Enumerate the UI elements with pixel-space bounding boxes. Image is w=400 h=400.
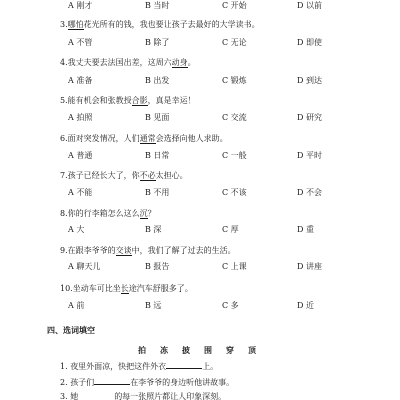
answer-blank[interactable]	[94, 376, 130, 385]
exam-page: A 刚才 B 当时 C 开始 D 以前 3.哪怕花光所有的钱，我也要让孩子去最好…	[0, 0, 400, 400]
option-d: D 研究	[297, 113, 322, 123]
option-b: B 深	[145, 225, 161, 235]
q8-options: A 大 B 深 C 厚 D 重	[68, 225, 388, 235]
item-pre: 夜里外面凉，快把这件外衣	[70, 362, 166, 371]
item-pre: 她	[70, 392, 78, 400]
option-c: C 开始	[222, 1, 247, 11]
option-c: C 厚	[222, 225, 239, 235]
underlined-word: 长	[121, 284, 129, 294]
option-d: D 重	[297, 225, 314, 235]
option-a: A 普通	[68, 151, 92, 161]
option-c: C 无论	[222, 38, 247, 48]
answer-blank[interactable]	[78, 391, 114, 399]
question-pre: 孩子已经长大了，你	[68, 171, 140, 180]
q2-options: A 刚才 B 当时 C 开始 D 以前	[68, 1, 388, 11]
option-c: C 一般	[222, 151, 247, 161]
question-number: 9.	[60, 246, 68, 255]
word-bank-item: 顶	[248, 345, 270, 356]
option-a: A 准备	[68, 76, 92, 86]
question-pre: 你的行李箱怎么这么	[68, 209, 140, 218]
underlined-word: 合影	[132, 96, 148, 106]
question-post: ？	[148, 209, 156, 218]
question-number: 10.	[60, 284, 73, 293]
option-b: B 日常	[145, 151, 169, 161]
item-number: 1.	[60, 362, 68, 371]
option-a: A 前	[68, 301, 84, 311]
question-7: 7.孩子已经长大了，你不必太担心。	[60, 171, 188, 181]
question-post: 。	[188, 58, 196, 67]
option-d: D 不会	[297, 188, 322, 198]
option-b: B 不用	[145, 188, 169, 198]
option-b: B 出发	[145, 76, 169, 86]
q9-options: A 聊天儿 B 报告 C 上课 D 讲座	[68, 262, 388, 272]
word-bank-item: 冻	[160, 345, 182, 356]
word-bank: 拍冻披围穿顶	[138, 345, 270, 356]
q5-options: A 拍照 B 见面 C 交流 D 研究	[68, 113, 388, 123]
question-post: 太担心。	[156, 171, 188, 180]
question-post: ，真是幸运！	[148, 96, 196, 105]
option-d: D 平时	[297, 151, 322, 161]
option-b: B 当时	[145, 1, 169, 11]
question-9: 9.在跟李爷爷的交谈中，我们了解了过去的生活。	[60, 246, 236, 256]
option-c: C 锻炼	[222, 76, 247, 86]
option-a: A 拍照	[68, 113, 92, 123]
question-pre: 面对突发情况，人们	[68, 134, 140, 143]
word-bank-item: 围	[204, 345, 226, 356]
question-post: 花光所有的钱，我也要让孩子去最好的大学读书。	[84, 20, 260, 29]
option-b: B 见面	[145, 113, 169, 123]
fill-item-1: 1. 夜里外面凉，快把这件外衣上。	[60, 360, 218, 372]
question-10: 10.坐动车可比坐长途汽车舒服多了。	[60, 284, 193, 294]
question-number: 8.	[60, 209, 68, 218]
question-post: 中，我们了解了过去的生活。	[132, 246, 236, 255]
option-d: D 近	[297, 301, 314, 311]
section-title: 四、选词填空	[47, 325, 95, 336]
option-c: C 多	[222, 301, 239, 311]
question-8: 8.你的行李箱怎么这么沉？	[60, 209, 156, 219]
question-6: 6.面对突发情况，人们通常会选择向他人求助。	[60, 134, 228, 144]
item-post: 的每一张照片都让人印象深刻。	[114, 392, 226, 400]
option-b: B 除了	[145, 38, 169, 48]
question-number: 5.	[60, 96, 68, 105]
q7-options: A 不能 B 不用 C 不该 D 不会	[68, 188, 388, 198]
option-a: A 不管	[68, 38, 92, 48]
question-post: 途汽车舒服多了。	[129, 284, 193, 293]
option-a: A 刚才	[68, 1, 92, 11]
option-a: A 聊天儿	[68, 262, 100, 272]
question-pre: 我丈夫要去法国出差，这周六	[68, 58, 172, 67]
fill-item-2: 2. 孩子们在李爷爷的身边听他讲故事。	[60, 376, 234, 388]
underlined-word: 交谈	[116, 246, 132, 256]
option-c: C 交流	[222, 113, 247, 123]
question-pre: 能有机会和张教授	[68, 96, 132, 105]
q3-options: A 不管 B 除了 C 无论 D 即使	[68, 38, 388, 48]
underlined-word: 哪怕	[68, 20, 84, 30]
q6-options: A 普通 B 日常 C 一般 D 平时	[68, 151, 388, 161]
question-pre: 在跟李爷爷的	[68, 246, 116, 255]
option-a: A 不能	[68, 188, 92, 198]
word-bank-item: 披	[182, 345, 204, 356]
option-d: D 即使	[297, 38, 322, 48]
option-d: D 到达	[297, 76, 322, 86]
answer-blank[interactable]	[166, 360, 202, 369]
underlined-word: 沉	[140, 209, 148, 219]
question-post: 会选择向他人求助。	[156, 134, 228, 143]
item-number: 2.	[60, 378, 68, 387]
underlined-word: 动身	[172, 58, 188, 68]
option-a: A 大	[68, 225, 84, 235]
question-4: 4.我丈夫要去法国出差，这周六动身。	[60, 58, 196, 68]
question-pre: 坐动车可比坐	[73, 284, 121, 293]
question-5: 5.能有机会和张教授合影，真是幸运！	[60, 96, 196, 106]
q10-options: A 前 B 远 C 多 D 近	[68, 301, 388, 311]
item-post: 在李爷爷的身边听他讲故事。	[130, 378, 234, 387]
question-number: 7.	[60, 171, 68, 180]
option-c: C 不该	[222, 188, 247, 198]
fill-item-3: 3. 她的每一张照片都让人印象深刻。	[60, 391, 226, 400]
underlined-word: 通常	[140, 134, 156, 144]
item-number: 3.	[60, 392, 68, 400]
option-d: D 讲座	[297, 262, 322, 272]
q4-options: A 准备 B 出发 C 锻炼 D 到达	[68, 76, 388, 86]
option-d: D 以前	[297, 1, 322, 11]
word-bank-item: 拍	[138, 345, 160, 356]
question-number: 4.	[60, 58, 68, 67]
option-b: B 远	[145, 301, 161, 311]
question-number: 3.	[60, 20, 68, 29]
question-3: 3.哪怕花光所有的钱，我也要让孩子去最好的大学读书。	[60, 20, 260, 30]
option-c: C 上课	[222, 262, 247, 272]
item-pre: 孩子们	[70, 378, 94, 387]
question-number: 6.	[60, 134, 68, 143]
underlined-word: 不必	[140, 171, 156, 181]
item-post: 上。	[202, 362, 218, 371]
option-b: B 报告	[145, 262, 169, 272]
word-bank-item: 穿	[226, 345, 248, 356]
